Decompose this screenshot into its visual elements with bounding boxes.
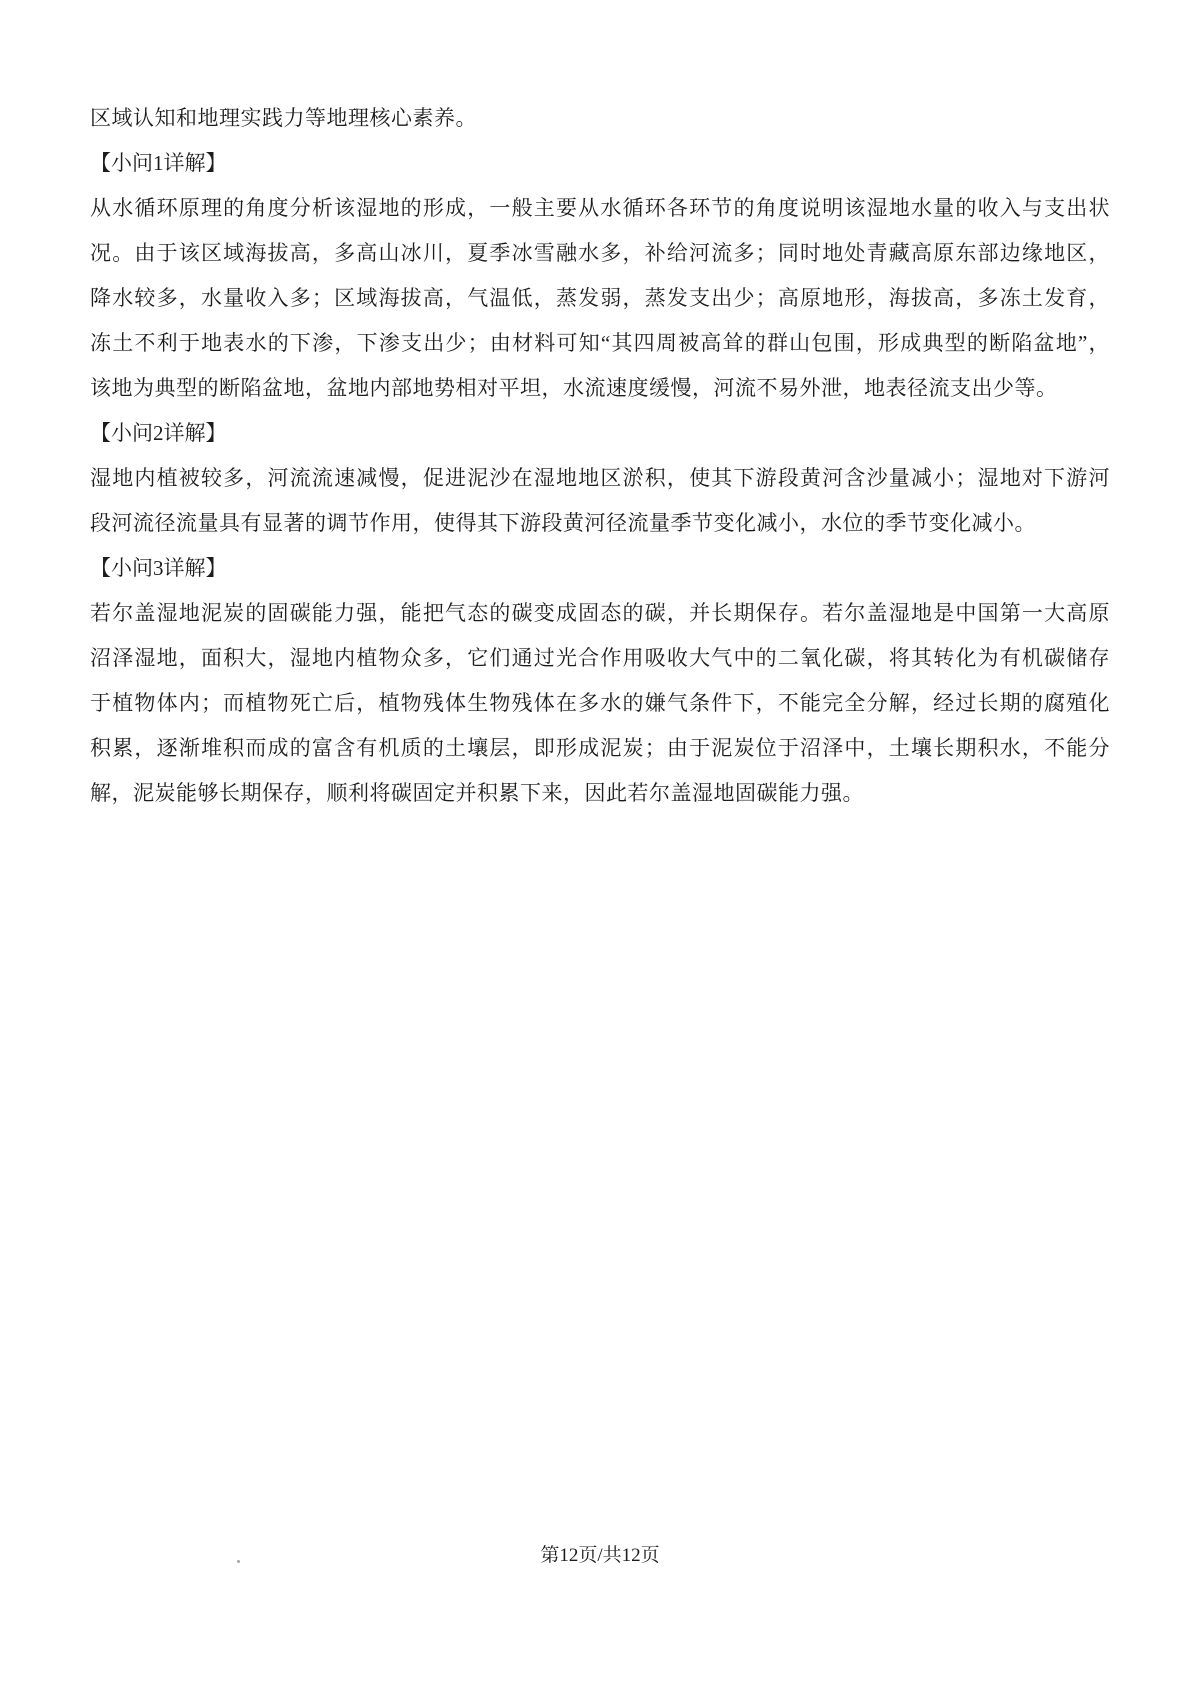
section-heading-1: 【小问1详解】 bbox=[90, 141, 1110, 186]
answer-line: 于植物体内；而植物死亡后，植物残体生物残体在多水的嫌气条件下，不能完全分解，经过… bbox=[90, 681, 1110, 726]
answer-line: 段河流径流量具有显著的调节作用，使得其下游段黄河径流量季节变化减小，水位的季节变… bbox=[90, 501, 1110, 546]
answer-line: 湿地内植被较多，河流流速减慢，促进泥沙在湿地地区淤积，使其下游段黄河含沙量减小；… bbox=[90, 456, 1110, 501]
section-heading-2: 【小问2详解】 bbox=[90, 411, 1110, 456]
answer-line: 该地为典型的断陷盆地，盆地内部地势相对平坦，水流速度缓慢，河流不易外泄，地表径流… bbox=[90, 366, 1110, 411]
section-heading-3: 【小问3详解】 bbox=[90, 546, 1110, 591]
page-content: 区域认知和地理实践力等地理核心素养。 【小问1详解】 从水循环原理的角度分析该湿… bbox=[0, 0, 1200, 816]
answer-line: 况。由于该区域海拔高，多高山冰川，夏季冰雪融水多，补给河流多；同时地处青藏高原东… bbox=[90, 231, 1110, 276]
answer-line: 解，泥炭能够长期保存，顺利将碳固定并积累下来，因此若尔盖湿地固碳能力强。 bbox=[90, 771, 1110, 816]
answer-line: 积累，逐渐堆积而成的富含有机质的土壤层，即形成泥炭；由于泥炭位于沼泽中，土壤长期… bbox=[90, 726, 1110, 771]
answer-line: 降水较多，水量收入多；区域海拔高，气温低，蒸发弱，蒸发支出少；高原地形，海拔高，… bbox=[90, 276, 1110, 321]
answer-line: 沼泽湿地，面积大，湿地内植物众多，它们通过光合作用吸收大气中的二氧化碳，将其转化… bbox=[90, 636, 1110, 681]
answer-line: 若尔盖湿地泥炭的固碳能力强，能把气态的碳变成固态的碳，并长期保存。若尔盖湿地是中… bbox=[90, 591, 1110, 636]
document-page: 区域认知和地理实践力等地理核心素养。 【小问1详解】 从水循环原理的角度分析该湿… bbox=[0, 0, 1200, 1698]
page-number-footer: 第12页/共12页 bbox=[0, 1543, 1200, 1569]
answer-line: 冻土不利于地表水的下渗，下渗支出少；由材料可知“其四周被高耸的群山包围，形成典型… bbox=[90, 321, 1110, 366]
continuation-line: 区域认知和地理实践力等地理核心素养。 bbox=[90, 96, 1110, 141]
answer-line: 从水循环原理的角度分析该湿地的形成，一般主要从水循环各环节的角度说明该湿地水量的… bbox=[90, 186, 1110, 231]
